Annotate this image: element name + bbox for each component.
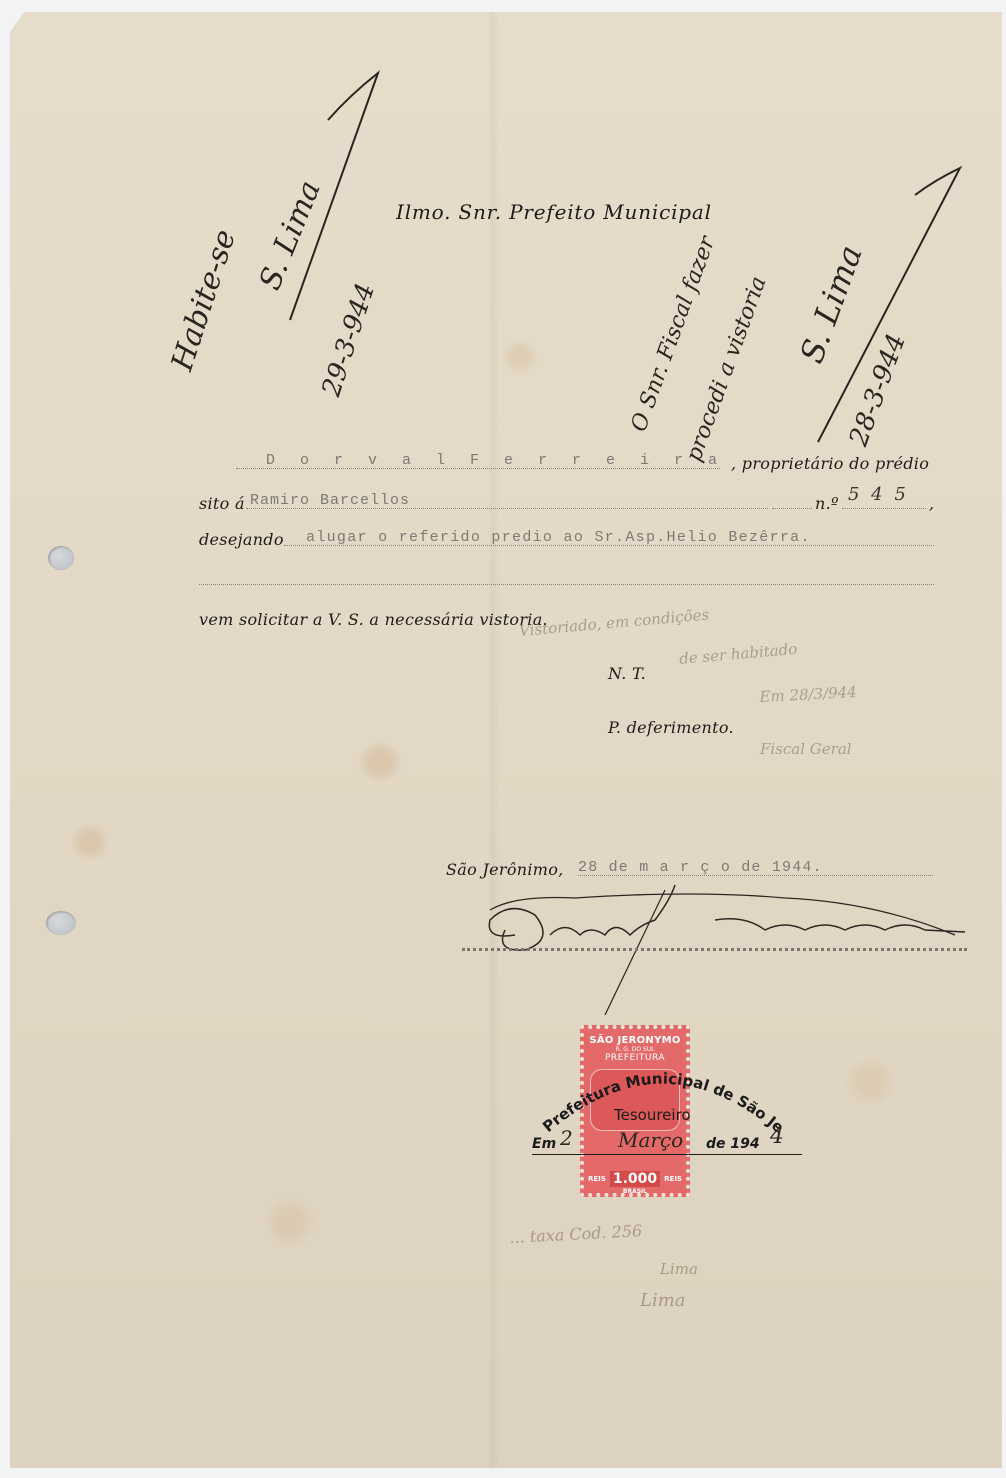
document-title: Ilmo. Snr. Prefeito Municipal: [396, 200, 712, 224]
seal-date-prefix: Em: [532, 1136, 556, 1152]
closing-nt: N. T.: [608, 664, 646, 683]
faint-note-line-4: Fiscal Geral: [760, 740, 852, 758]
desire-label: desejando: [199, 530, 284, 549]
owner-suffix-label: , proprietário do prédio: [731, 454, 929, 473]
stamp-value: 1.000: [610, 1171, 660, 1187]
number-line: [842, 508, 926, 509]
faint-bottom-line-3: Lima: [640, 1290, 686, 1311]
stamp-country: BRASIL: [584, 1188, 686, 1195]
signature-line: [462, 948, 967, 951]
street-line-2: [772, 508, 812, 509]
annotation-slash-left: [280, 65, 390, 330]
date-value: 28 de m a r ç o de 1944.: [578, 859, 823, 876]
desire-value: alugar o referido predio ao Sr.Asp.Helio…: [306, 529, 811, 546]
seal-role: Tesoureiro: [614, 1106, 691, 1124]
number-label: n.º: [815, 494, 839, 513]
seal-date-month: Março: [618, 1128, 683, 1152]
seal-date-year: 4: [770, 1124, 784, 1149]
site-label: sito á: [199, 494, 245, 513]
number-suffix: ,: [929, 494, 934, 513]
closing-deferimento: P. deferimento.: [608, 718, 734, 737]
stamp-value-left: REIS: [588, 1175, 606, 1183]
seal-date-suffix: de 194: [706, 1136, 760, 1152]
seal-date-day: 2: [560, 1126, 573, 1150]
request-line: vem solicitar a V. S. a necessária visto…: [199, 610, 548, 629]
stamp-value-row: REIS 1.000 REIS: [588, 1171, 682, 1187]
punch-hole-upper: [48, 546, 74, 570]
punch-hole-lower: [46, 911, 76, 935]
seal-date-underline: [532, 1154, 802, 1155]
owner-name-value: D o r v a l F e r r e i r a: [266, 452, 725, 469]
annotation-slash-right: [810, 160, 970, 450]
place-label: São Jerônimo,: [446, 860, 564, 879]
street-value: Ramiro Barcellos: [250, 492, 410, 509]
blank-line: [199, 584, 934, 585]
stamp-value-right: REIS: [664, 1175, 682, 1183]
faint-bottom-line-2: Lima: [660, 1260, 698, 1278]
number-value: 5 4 5: [848, 484, 909, 505]
